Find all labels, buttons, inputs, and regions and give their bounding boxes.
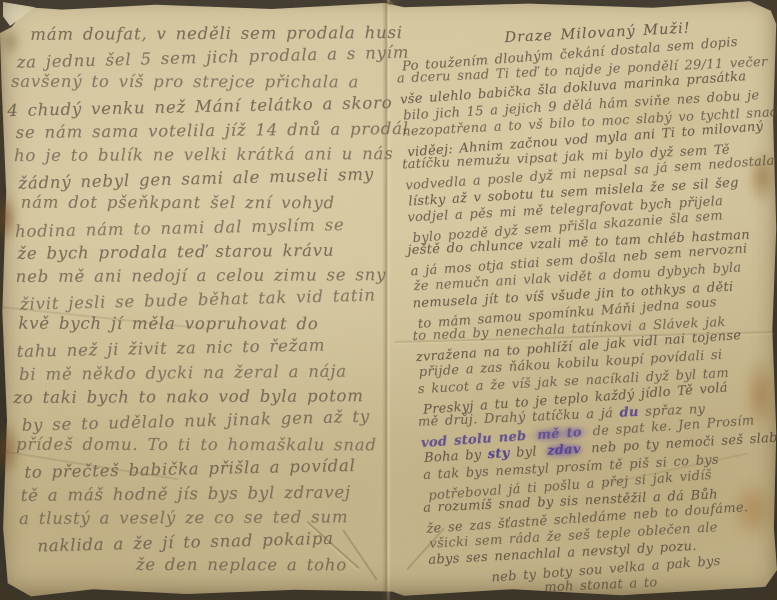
pencil-text: byl (509, 444, 543, 461)
handwritten-line: savšený to víš pro strejce přichala a (11, 72, 383, 97)
handwritten-line: že bych prodala teď starou krávu (17, 240, 389, 268)
handwritten-line: bi mě někdo dycki na žeral a nája (19, 361, 391, 389)
right-page: Draze Milovaný Muži! Po toužením dlouhým… (396, 15, 777, 600)
violet-ink-word: du (619, 405, 639, 421)
pencil-text: Boha by (424, 448, 489, 467)
violet-ink-word: sty (487, 446, 510, 462)
left-page: mám doufat, v neděli sem prodala husi za… (12, 21, 392, 582)
handwritten-line: že den neplace a toho (136, 555, 390, 580)
violet-ink-word: zdav (543, 441, 586, 460)
handwritten-line: nám dot pšeňkpant šel zní vohyd (21, 193, 385, 218)
handwritten-line: se nám sama votelila jíž 14 dnů a prodál (16, 119, 388, 147)
handwritten-line: tě a máš hodně jís bys byl zdravej (21, 482, 393, 510)
letter-scan: mám doufat, v neděli sem prodala husi za… (0, 0, 777, 600)
crease-line (359, 0, 395, 4)
